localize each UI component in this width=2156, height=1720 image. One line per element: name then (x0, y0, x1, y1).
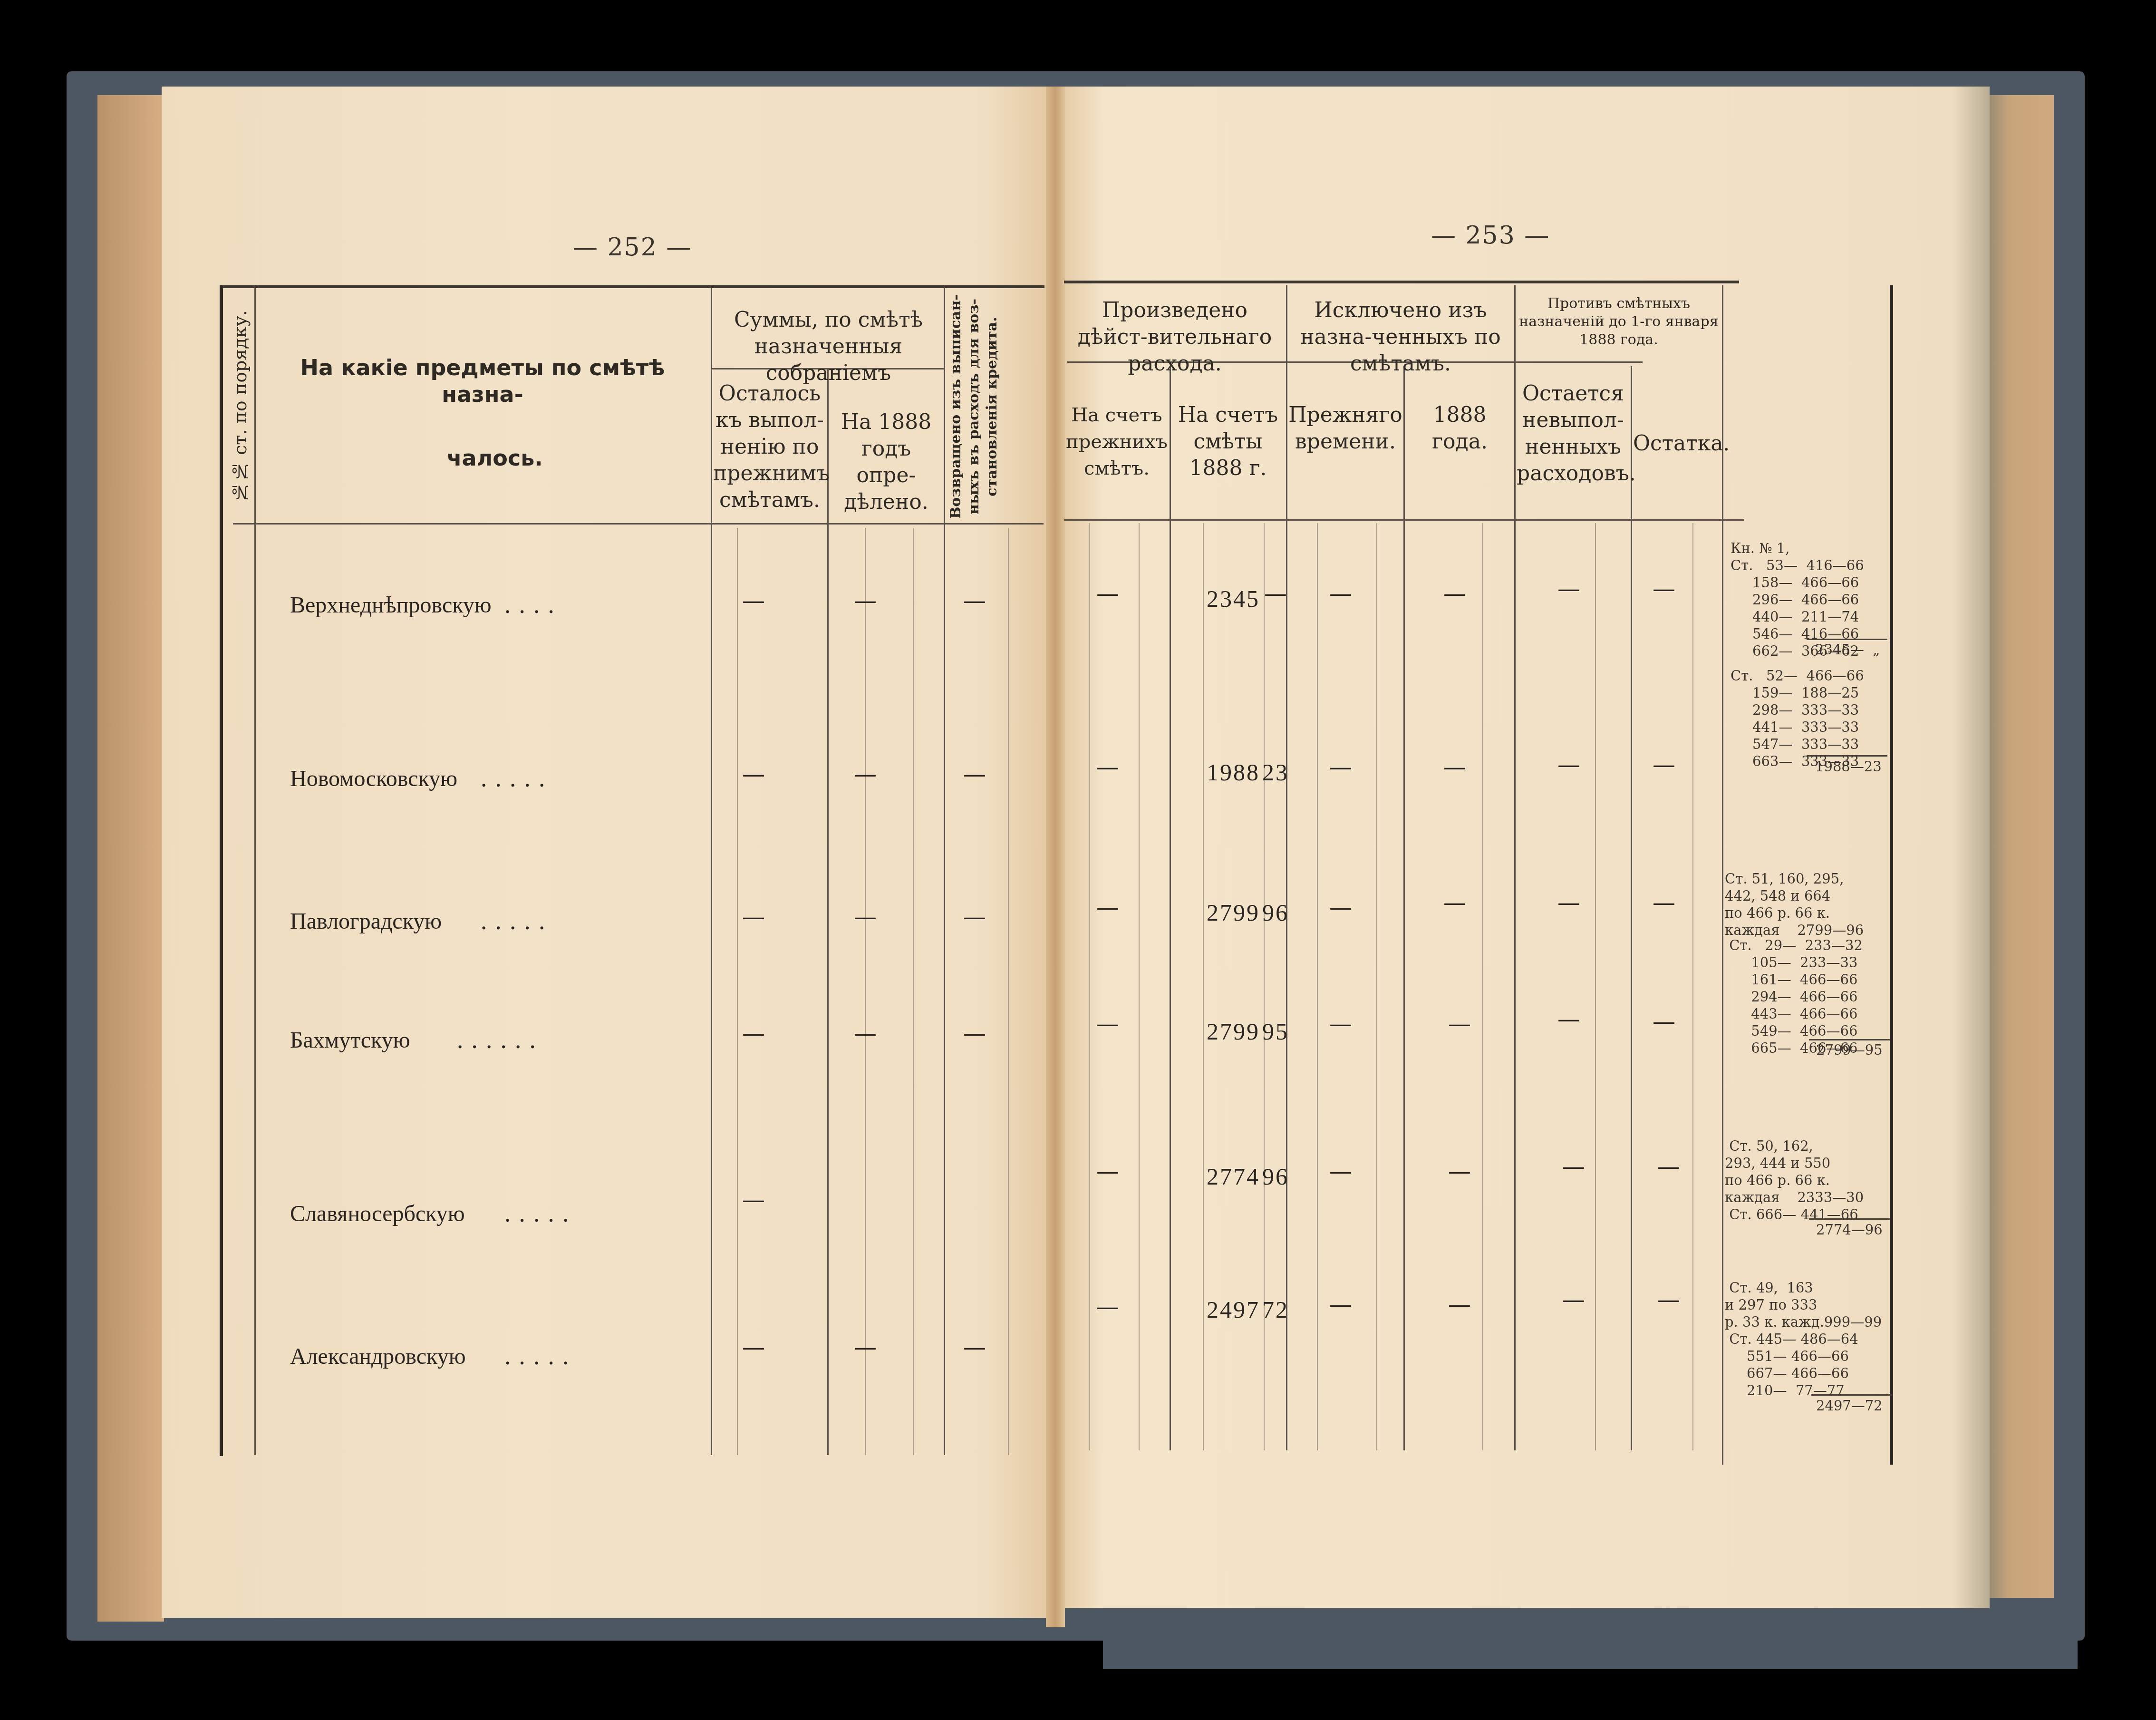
leader-dots: . . . . . (480, 908, 545, 935)
rub-kop-divider (737, 528, 738, 1455)
header-actual-expense: Произведено дѣйст-вительнаго расхода. (1065, 297, 1285, 377)
leader-dots: . . . . . . (456, 1027, 536, 1054)
value-prev-estimates: — (1079, 894, 1136, 921)
district-name: Бахмутскую (290, 1027, 410, 1053)
left-header-bottom-rule (233, 523, 1044, 525)
right-table-top-rule (1064, 281, 1739, 283)
rub-kop-divider (913, 528, 914, 1455)
col-divider (1722, 285, 1723, 1465)
col-divider (944, 288, 945, 1455)
header-against-estimates: Противъ смѣтныхъ назначеній до 1-го янва… (1517, 295, 1721, 349)
note-sum-rule (1811, 1394, 1892, 1396)
value-remaining: — (713, 1334, 794, 1360)
note-total: 2345— „ (1815, 641, 1880, 658)
value-kopecks: 23 (1262, 758, 1291, 786)
col-divider (827, 369, 829, 1455)
rub-kop-divider (1139, 523, 1140, 1450)
value-unfulfilled: — (1540, 751, 1597, 778)
leader-dots: . . . . (504, 592, 555, 619)
header-prev-estimates: На счетъ прежнихъ смѣтъ. (1065, 402, 1169, 482)
value-excluded-1888: — (1426, 889, 1483, 916)
book-gutter (1046, 87, 1065, 1627)
district-name: Александровскую (290, 1343, 466, 1370)
value-kopecks: 95 (1262, 1018, 1291, 1045)
note-total: 1988—23 (1815, 758, 1882, 775)
value-excluded-prev: — (1312, 1291, 1369, 1318)
value-1888: — (830, 1334, 901, 1360)
note-sum-rule (1809, 1039, 1890, 1040)
value-unfulfilled: — (1540, 1006, 1597, 1032)
right-endpaper (1982, 95, 2054, 1598)
right-page-number: — 253 — (1431, 221, 1550, 250)
value-balance: — (1635, 1008, 1692, 1035)
value-unfulfilled: — (1540, 889, 1597, 916)
value-1888: — (830, 904, 901, 930)
value-excluded-prev: — (1312, 894, 1369, 921)
district-name: Новомосковскую (290, 766, 457, 792)
district-name: Павлоградскую (290, 908, 442, 934)
value-returned: — (946, 1334, 1003, 1360)
header-excluded: Исключено изъ назна-ченныхъ по смѣтамъ. (1288, 297, 1513, 377)
value-prev-estimates: — (1079, 1293, 1136, 1320)
value-balance: — (1640, 1153, 1697, 1180)
value-unfulfilled: — (1545, 1286, 1602, 1313)
left-table-top-rule (220, 285, 1044, 288)
right-table-outer-border (1890, 285, 1893, 1465)
value-kopecks: — (1264, 580, 1287, 607)
header-balance: Остатка. (1633, 430, 1721, 457)
header-defined-1888: На 1888 годъ опре-дѣлено. (830, 409, 943, 515)
value-1888: — (830, 587, 901, 614)
leader-dots: . . . . . (504, 1201, 569, 1227)
value-rubles: 2497 (1174, 1296, 1260, 1323)
header-group-sums: Суммы, по смѣтѣ назначенныя собраніемъ (713, 307, 944, 387)
rub-kop-divider (865, 528, 866, 1455)
value-rubles: 2799 (1174, 1018, 1260, 1045)
value-rubles: 2799 (1174, 899, 1260, 926)
value-excluded-prev: — (1312, 1011, 1369, 1037)
note-lines: Ст. 51, 160, 295, 442, 548 и 664 по 466 … (1725, 870, 1864, 939)
note-lines: Ст. 50, 162, 293, 444 и 550 по 466 р. 66… (1725, 1137, 1864, 1223)
value-excluded-prev: — (1312, 754, 1369, 780)
value-excluded-prev: — (1312, 580, 1369, 607)
header-estimate-1888: На счетъ смѣты 1888 г. (1172, 402, 1284, 482)
leader-dots: . . . . . (480, 766, 545, 792)
col-divider (1403, 366, 1405, 1450)
left-page-number: — 252 — (573, 233, 692, 262)
value-prev-estimates: — (1079, 1158, 1136, 1185)
value-unfulfilled: — (1545, 1153, 1602, 1180)
note-total: 2774—96 (1816, 1221, 1883, 1238)
header-unfulfilled: Остается невыпол-ненныхъ расходовъ. (1517, 380, 1630, 487)
value-excluded-1888: — (1431, 1291, 1488, 1318)
note-total: 2497—72 (1816, 1397, 1883, 1414)
value-kopecks: 72 (1262, 1296, 1291, 1323)
value-rubles: 2345 (1174, 585, 1260, 612)
rub-kop-divider (1376, 523, 1377, 1450)
value-balance: — (1635, 889, 1692, 916)
value-excluded-1888: — (1431, 1158, 1488, 1185)
col-divider (1170, 366, 1171, 1450)
value-unfulfilled: — (1540, 575, 1597, 602)
leader-dots: . . . . . (504, 1343, 569, 1370)
value-remaining: — (713, 904, 794, 930)
rub-kop-divider (1008, 528, 1009, 1455)
value-kopecks: 96 (1262, 899, 1291, 926)
value-excluded-1888: — (1426, 580, 1483, 607)
value-excluded-prev: — (1312, 1158, 1369, 1185)
header-prev-time: Прежняго времени. (1288, 402, 1402, 455)
value-remaining: — (713, 1186, 794, 1213)
value-remaining: — (713, 761, 794, 787)
value-excluded-1888: — (1431, 1011, 1488, 1037)
value-1888: — (830, 1020, 901, 1047)
district-name: Славяносербскую (290, 1201, 465, 1227)
note-sum-rule (1809, 1218, 1890, 1220)
note-sum-rule (1807, 639, 1887, 640)
value-rubles: 1988 (1174, 758, 1260, 786)
header-items-line2: чалось. (447, 445, 542, 471)
value-prev-estimates: — (1079, 754, 1136, 780)
value-balance: — (1640, 1286, 1697, 1313)
header-1888-year: 1888 года. (1406, 402, 1513, 455)
value-balance: — (1635, 751, 1692, 778)
col-divider (254, 288, 256, 1455)
col-divider (1631, 366, 1632, 1450)
left-endpaper (97, 95, 164, 1622)
left-table-outer-border (220, 285, 223, 1456)
value-returned: — (946, 761, 1003, 787)
col-divider (1286, 285, 1287, 1450)
district-name: Верхнеднѣпровскую (290, 592, 492, 618)
value-balance: — (1635, 575, 1692, 602)
value-returned: — (946, 1020, 1003, 1047)
value-remaining: — (713, 1020, 794, 1047)
header-items-line1: На какіе предметы по смѣтѣ назна- (257, 354, 708, 408)
col-divider (711, 288, 712, 1455)
note-lines: Ст. 52— 466—66 159— 188—25 298— 333—33 4… (1731, 667, 1864, 770)
header-article-number: №№ ст. по порядку. (228, 295, 252, 518)
note-sum-rule (1807, 755, 1887, 757)
header-returned: Возвращено изъ выписан-ныхъ въ расходъ д… (947, 292, 1035, 521)
value-excluded-1888: — (1426, 754, 1483, 780)
value-returned: — (946, 904, 1003, 930)
value-prev-estimates: — (1079, 1011, 1136, 1037)
value-returned: — (946, 587, 1003, 614)
value-rubles: 2774 (1174, 1163, 1260, 1190)
value-remaining: — (713, 587, 794, 614)
value-1888: — (830, 761, 901, 787)
col-divider (1514, 285, 1516, 1450)
header-remaining-prev: Осталось къ выпол-ненію по прежнимъ смѣт… (713, 380, 826, 514)
note-lines: Ст. 49, 163 и 297 по 333 р. 33 к. кажд.9… (1725, 1279, 1882, 1399)
value-kopecks: 96 (1262, 1163, 1291, 1190)
note-total: 2799—95 (1816, 1041, 1883, 1059)
value-prev-estimates: — (1079, 580, 1136, 607)
